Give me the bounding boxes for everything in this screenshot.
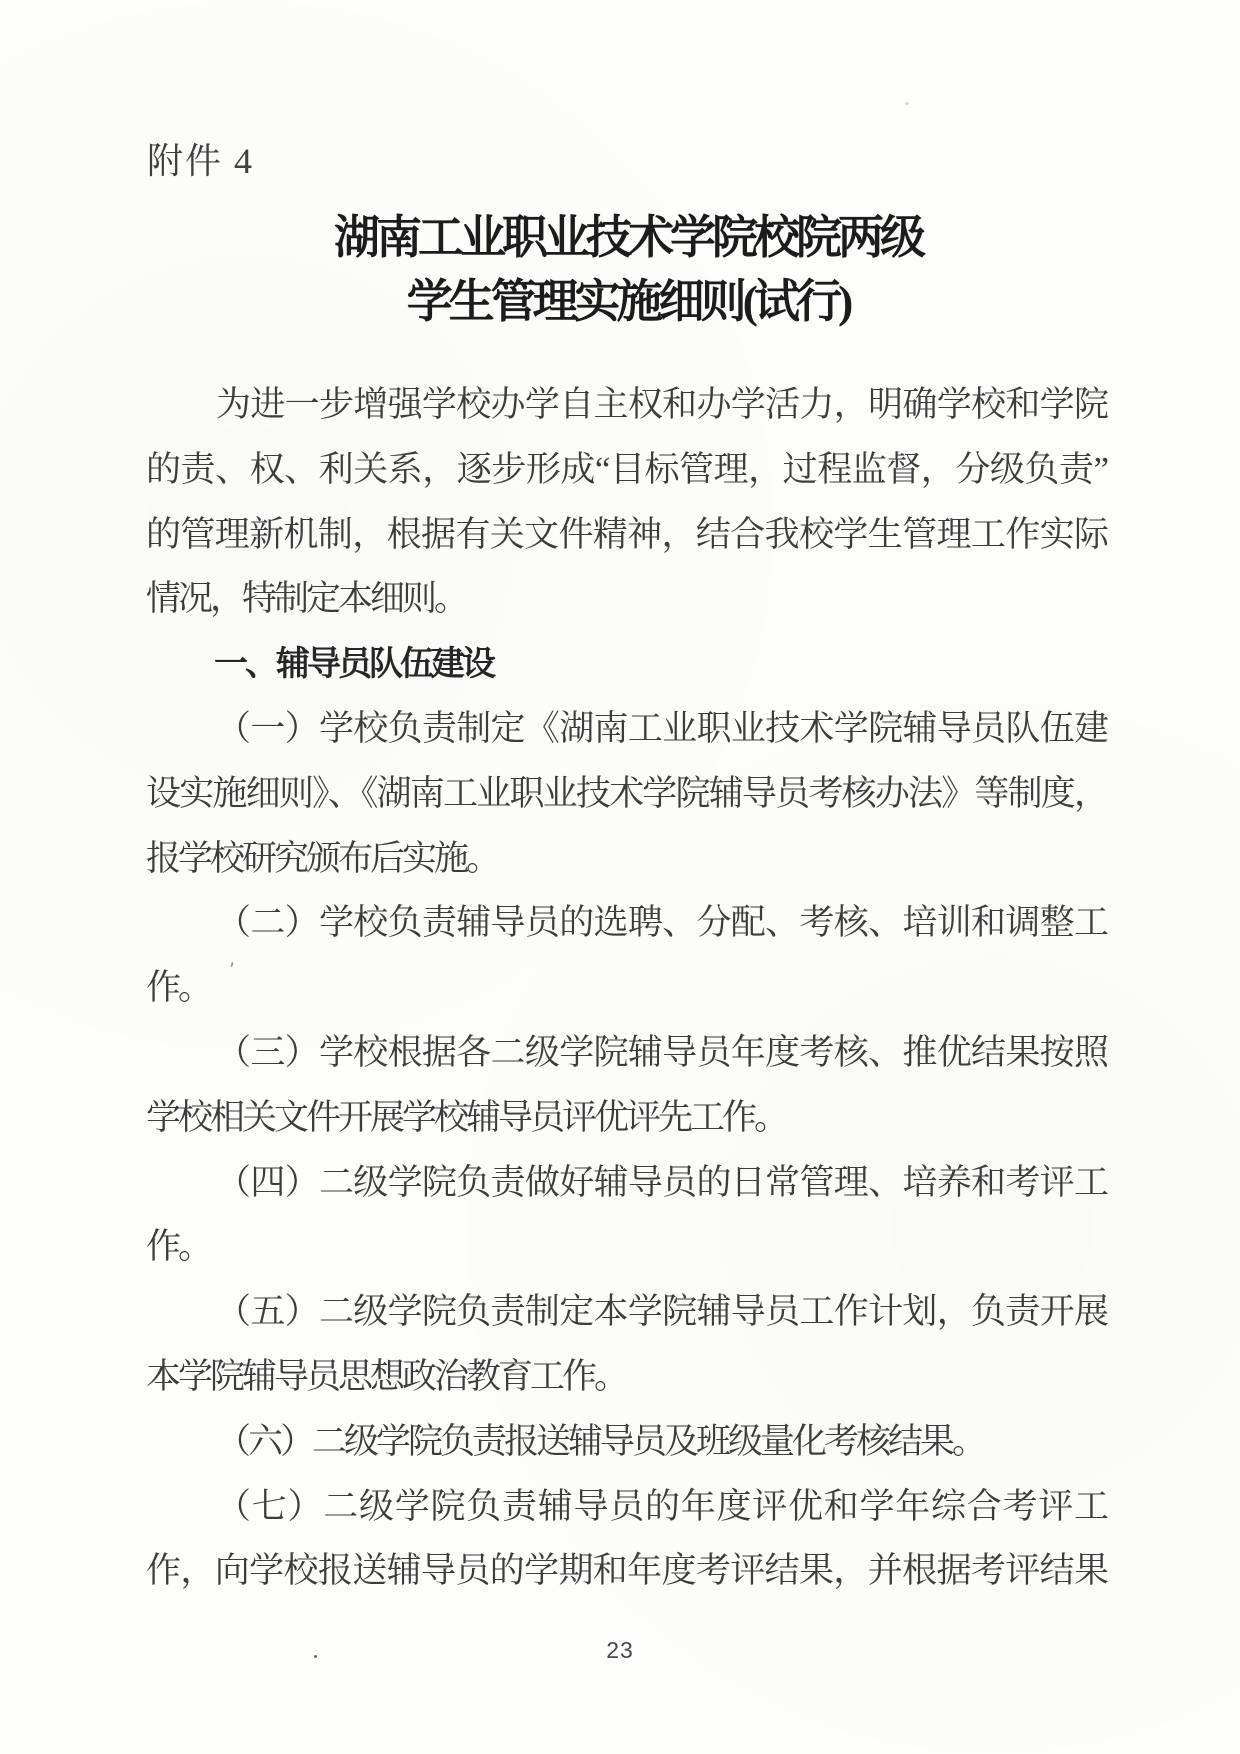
document-title: 湖南工业职业技术学院校院两级 学生管理实施细则(试行) <box>148 206 1108 334</box>
document-body: 为进一步增强学校办学自主权和办学活力，明确学校和学院 的责、权、利关系，逐步形成… <box>146 373 1106 1604</box>
body-line: （七）二级学院负责辅导员的年度评优和学年综合考评工 <box>146 1475 1106 1540</box>
body-line: 作。 <box>146 956 1106 1021</box>
document-title-line2: 学生管理实施细则(试行) <box>148 270 1108 334</box>
page-number: 23 <box>0 1637 1240 1664</box>
body-line: （五）二级学院负责制定本学院辅导员工作计划，负责开展 <box>146 1280 1106 1345</box>
body-line: 设实施细则》、《湖南工业职业技术学院辅导员考核办法》等制度， <box>146 762 1106 827</box>
attachment-label: 附件 4 <box>147 133 254 184</box>
body-line: 学校相关文件开展学校辅导员评优评先工作。 <box>146 1086 1106 1151</box>
body-line: 报学校研究颁布后实施。 <box>146 827 1106 892</box>
body-line: （六）二级学院负责报送辅导员及班级量化考核结果。 <box>146 1410 1106 1475</box>
scan-speck <box>314 1655 317 1658</box>
body-line: （四）二级学院负责做好辅导员的日常管理、培养和考评工 <box>146 1151 1106 1216</box>
document-title-line1: 湖南工业职业技术学院校院两级 <box>148 206 1108 270</box>
body-line: （二）学校负责辅导员的选聘、分配、考核、培训和调整工 <box>146 891 1106 956</box>
body-line: （一）学校负责制定《湖南工业职业技术学院辅导员队伍建 <box>146 697 1106 762</box>
body-line: 作。 <box>146 1215 1106 1280</box>
body-line: 本学院辅导员思想政治教育工作。 <box>146 1345 1106 1410</box>
scanned-document-page: 附件 4 湖南工业职业技术学院校院两级 学生管理实施细则(试行) 为进一步增强学… <box>0 0 1240 1754</box>
body-line: （三）学校根据各二级学院辅导员年度考核、推优结果按照 <box>146 1021 1106 1086</box>
section-heading: 一、辅导员队伍建设 <box>146 632 1106 697</box>
body-line: 为进一步增强学校办学自主权和办学活力，明确学校和学院 <box>146 373 1106 438</box>
body-line: 的责、权、利关系，逐步形成“目标管理，过程监督，分级负责” <box>146 438 1106 503</box>
body-line: 的管理新机制，根据有关文件精神，结合我校学生管理工作实际 <box>146 503 1106 568</box>
body-line: 情况，特制定本细则。 <box>146 567 1106 632</box>
body-line: 作，向学校报送辅导员的学期和年度考评结果，并根据考评结果 <box>146 1539 1106 1604</box>
scan-speck <box>905 102 909 105</box>
